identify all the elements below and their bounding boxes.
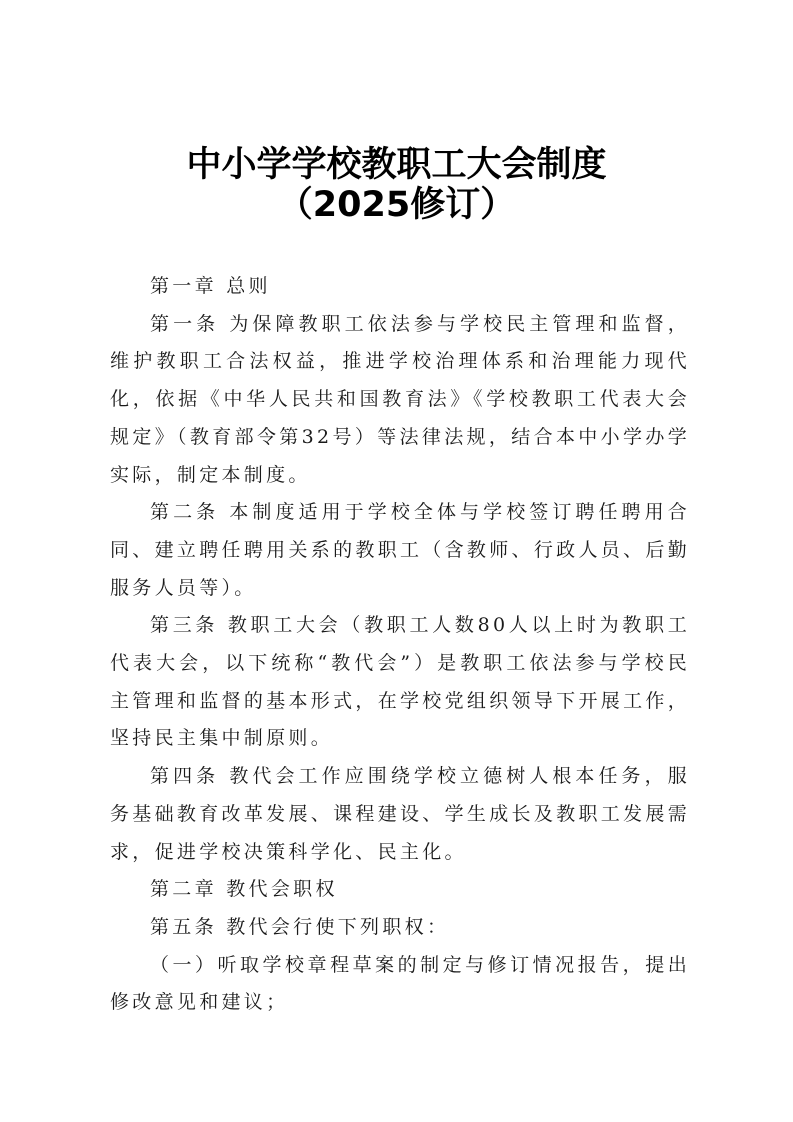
list-item-1: （一）听取学校章程草案的制定与修订情况报告，提出修改意见和建议； (110, 947, 690, 1022)
article-2: 第二条 本制度适用于学校全体与学校签订聘任聘用合同、建立聘任聘用关系的教职工（含… (110, 494, 690, 607)
article-1: 第一条 为保障教职工依法参与学校民主管理和监督，维护教职工合法权益，推进学校治理… (110, 306, 690, 495)
chapter-heading-1: 第一章 总则 (110, 268, 690, 306)
article-4: 第四条 教代会工作应围绕学校立德树人根本任务，服务基础教育改革发展、课程建设、学… (110, 758, 690, 871)
article-3: 第三条 教职工大会（教职工人数80人以上时为教职工代表大会，以下统称“教代会”）… (110, 607, 690, 758)
document-page: 中小学学校教职工大会制度 （2025修订） 第一章 总则 第一条 为保障教职工依… (0, 0, 793, 1122)
document-title: 中小学学校教职工大会制度 (0, 145, 793, 185)
title-block: 中小学学校教职工大会制度 （2025修订） (0, 145, 793, 225)
document-body: 第一章 总则 第一条 为保障教职工依法参与学校民主管理和监督，维护教职工合法权益… (110, 268, 690, 1022)
document-subtitle: （2025修订） (0, 185, 793, 225)
article-5: 第五条 教代会行使下列职权： (110, 909, 690, 947)
chapter-heading-2: 第二章 教代会职权 (110, 871, 690, 909)
